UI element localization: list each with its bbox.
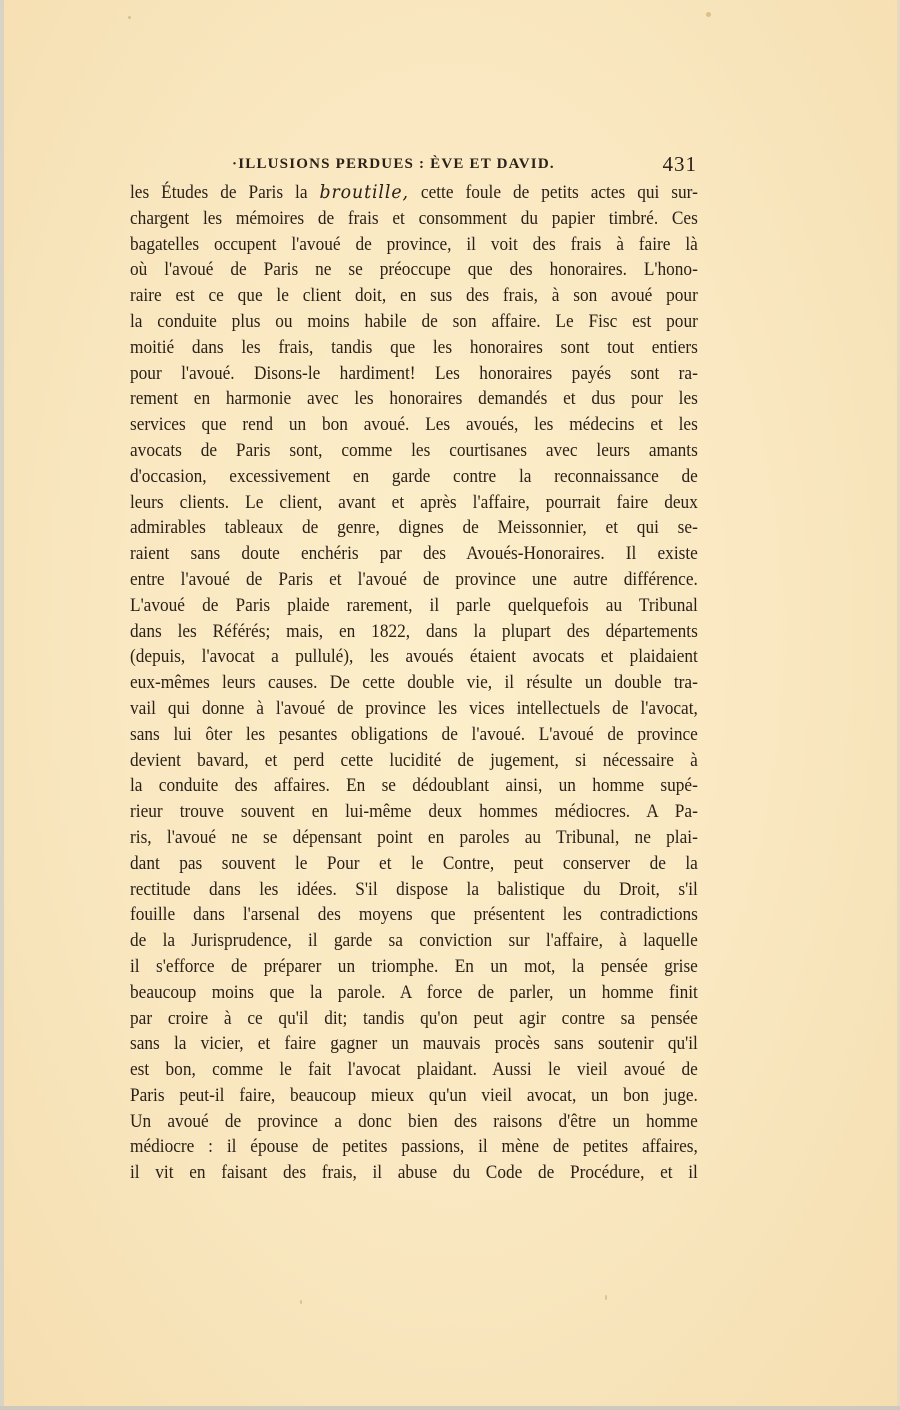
text-line: fouille dans l'arsenal des moyens que pr… xyxy=(130,902,698,928)
page-number: 431 xyxy=(663,152,698,177)
text-line: vail qui donne à l'avoué de province les… xyxy=(130,696,698,722)
running-title: ·ILLUSIONS PERDUES : ÈVE ET DAVID. xyxy=(232,156,555,173)
text-line: ris, l'avoué ne se dépensant point en pa… xyxy=(130,825,698,851)
text-line: avocats de Paris sont, comme les courtis… xyxy=(130,438,698,464)
text-line: admirables tableaux de genre, dignes de … xyxy=(130,515,698,541)
text-line: moitié dans les frais, tandis que les ho… xyxy=(130,335,698,361)
text-line: services que rend un bon avoué. Les avou… xyxy=(130,412,698,438)
body-text: les Études de Paris la broutille, cette … xyxy=(130,180,698,1186)
book-page: ·ILLUSIONS PERDUES : ÈVE ET DAVID. 431 l… xyxy=(0,0,900,1410)
text-line: d'occasion, excessivement en garde contr… xyxy=(130,464,698,490)
text-line: de la Jurisprudence, il garde sa convict… xyxy=(130,928,698,954)
text-line: Paris peut-il faire, beaucoup mieux qu'u… xyxy=(130,1083,698,1109)
text-line: la conduite des affaires. En se dédoubla… xyxy=(130,773,698,799)
text-line: dant pas souvent le Pour et le Contre, p… xyxy=(130,851,698,877)
text-line: il vit en faisant des frais, il abuse du… xyxy=(130,1160,698,1186)
text-line: beaucoup moins que la parole. A force de… xyxy=(130,980,698,1006)
text-line: rement en harmonie avec les honoraires d… xyxy=(130,386,698,412)
paper-speck xyxy=(605,1295,607,1300)
text-line: pour l'avoué. Disons-le hardiment! Les h… xyxy=(130,361,698,387)
text-line: dans les Référés; mais, en 1822, dans la… xyxy=(130,619,698,645)
text-span: cette foule de petits actes qui sur- xyxy=(409,182,698,203)
paper-speck xyxy=(706,12,711,17)
running-header: ·ILLUSIONS PERDUES : ÈVE ET DAVID. 431 xyxy=(130,152,710,182)
paper-speck xyxy=(300,1300,302,1304)
text-line: eux-mêmes leurs causes. De cette double … xyxy=(130,670,698,696)
text-line: sans lui ôter les pesantes obligations d… xyxy=(130,722,698,748)
text-line: par croire à ce qu'il dit; tandis qu'on … xyxy=(130,1006,698,1032)
page-bottom-edge xyxy=(0,1406,900,1410)
text-line: chargent les mémoires de frais et consom… xyxy=(130,206,698,232)
text-line: entre l'avoué de Paris et l'avoué de pro… xyxy=(130,567,698,593)
text-line: médiocre : il épouse de petites passions… xyxy=(130,1134,698,1160)
text-line: L'avoué de Paris plaide rarement, il par… xyxy=(130,593,698,619)
text-span: les Études de Paris la xyxy=(130,182,319,203)
text-line: rieur trouve souvent en lui-même deux ho… xyxy=(130,799,698,825)
text-line: il s'efforce de préparer un triomphe. En… xyxy=(130,954,698,980)
italic-word: broutille, xyxy=(319,182,408,203)
text-line: rectitude dans les idées. S'il dispose l… xyxy=(130,877,698,903)
text-line: raient sans doute enchéris par des Avoué… xyxy=(130,541,698,567)
text-line: est bon, comme le fait l'avocat plaidant… xyxy=(130,1057,698,1083)
text-line: où l'avoué de Paris ne se préoccupe que … xyxy=(130,257,698,283)
paper-speck xyxy=(128,16,131,19)
text-line: raire est ce que le client doit, en sus … xyxy=(130,283,698,309)
text-line: bagatelles occupent l'avoué de province,… xyxy=(130,232,698,258)
page-left-edge xyxy=(0,0,4,1410)
text-line: sans la vicier, et faire gagner un mauva… xyxy=(130,1031,698,1057)
text-line: (depuis, l'avocat a pullulé), les avoués… xyxy=(130,644,698,670)
text-line: Un avoué de province a donc bien des rai… xyxy=(130,1109,698,1135)
text-line: devient bavard, et perd cette lucidité d… xyxy=(130,748,698,774)
text-line: la conduite plus ou moins habile de son … xyxy=(130,309,698,335)
text-line: les Études de Paris la broutille, cette … xyxy=(130,180,698,206)
text-line: leurs clients. Le client, avant et après… xyxy=(130,490,698,516)
